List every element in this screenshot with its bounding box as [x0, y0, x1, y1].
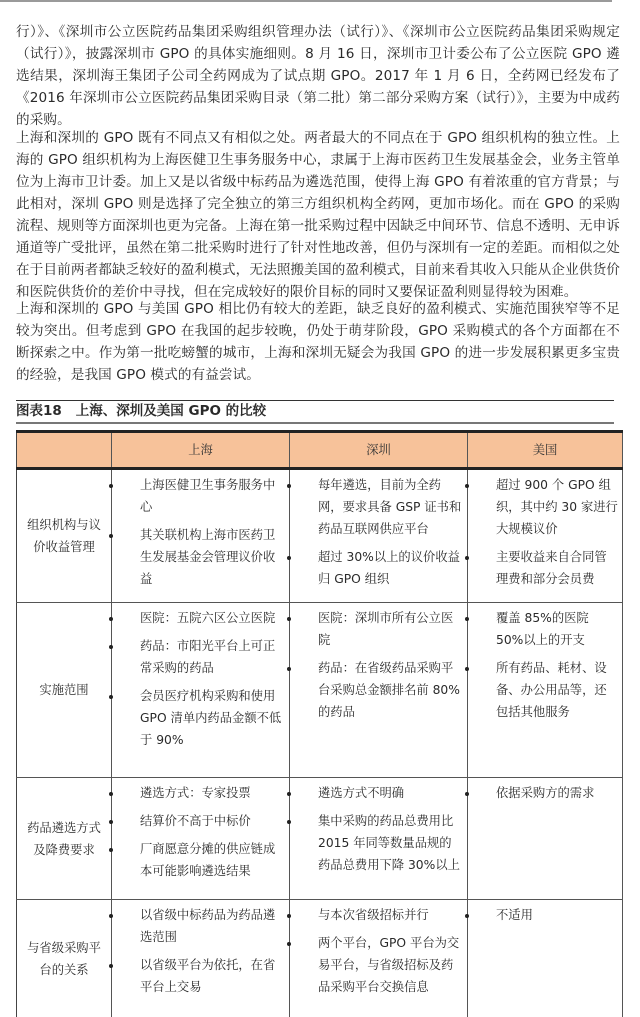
bullet-item: 上海医健卫生事务服务中心	[112, 474, 285, 518]
table-row: 药品遴选方式及降费要求 遴选方式：专家投票 结算价不高于中标价 厂商愿意分摊的供…	[17, 778, 623, 900]
row-label: 实施范围	[17, 603, 112, 778]
bullet-item: 覆盖 85%的医院 50%以上的开支	[468, 607, 618, 651]
bullet-item: 医院：深圳市所有公立医院	[290, 607, 463, 651]
table-header-row: 上海 深圳 美国	[17, 432, 623, 469]
bullet-item: 与本次省级招标并行	[290, 904, 463, 926]
body-paragraph-2: 上海和深圳的 GPO 既有不同点又有相似之处。两者最大的不同点在于 GPO 组织…	[16, 127, 620, 303]
bullet-item: 依据采购方的需求	[468, 782, 618, 804]
bullet-item: 厂商愿意分摊的供应链成本可能影响遴选结果	[112, 838, 285, 882]
body-paragraph-1: 行）》、《深圳市公立医院药品集团采购组织管理办法（试行）》、《深圳市公立医院药品…	[16, 21, 620, 131]
bullet-item: 其关联机构上海市医药卫生发展基金会管理议价收益	[112, 524, 285, 590]
bullet-item: 以省级平台为依托，在省平台上交易	[112, 954, 285, 998]
table-row: 组织机构与议价收益管理 上海医健卫生事务服务中心 其关联机构上海市医药卫生发展基…	[17, 469, 623, 603]
cell-usa: 依据采购方的需求	[468, 778, 623, 900]
bullet-item: 医院：五院六区公立医院	[112, 607, 285, 629]
cell-shanghai: 以省级中标药品为药品遴选范围 以省级平台为依托，在省平台上交易	[112, 900, 290, 1017]
table-row: 与省级采购平台的关系 以省级中标药品为药品遴选范围 以省级平台为依托，在省平台上…	[17, 900, 623, 1017]
figure-caption: 图表18上海、深圳及美国 GPO 的比较	[16, 400, 614, 424]
cell-shanghai: 医院：五院六区公立医院 药品：市阳光平台上可正常采购的药品 会员医疗机构采购和使…	[112, 603, 290, 778]
bullet-item: 超过 30%以上的议价收益归 GPO 组织	[290, 546, 463, 590]
bullet-item: 以省级中标药品为药品遴选范围	[112, 904, 285, 948]
figure-title: 上海、深圳及美国 GPO 的比较	[76, 403, 266, 419]
row-label: 药品遴选方式及降费要求	[17, 778, 112, 900]
cell-shanghai: 上海医健卫生事务服务中心 其关联机构上海市医药卫生发展基金会管理议价收益	[112, 469, 290, 603]
cell-shenzhen: 遴选方式不明确 集中采购的药品总费用比 2015 年同等数量品规的药品总费用下降…	[290, 778, 468, 900]
bullet-item: 不适用	[468, 904, 618, 926]
header-shenzhen: 深圳	[290, 432, 468, 469]
table-row: 实施范围 医院：五院六区公立医院 药品：市阳光平台上可正常采购的药品 会员医疗机…	[17, 603, 623, 778]
cell-shenzhen: 医院：深圳市所有公立医院 药品：在省级药品采购平台采购总金额排名前 80%的药品	[290, 603, 468, 778]
bullet-item: 所有药品、耗材、设备、办公用品等，还包括其他服务	[468, 657, 618, 723]
cell-usa: 覆盖 85%的医院 50%以上的开支 所有药品、耗材、设备、办公用品等，还包括其…	[468, 603, 623, 778]
row-label: 与省级采购平台的关系	[17, 900, 112, 1017]
bullet-item: 结算价不高于中标价	[112, 810, 285, 832]
header-usa: 美国	[468, 432, 623, 469]
bullet-item: 药品：市阳光平台上可正常采购的药品	[112, 635, 285, 679]
comparison-table: 上海 深圳 美国 组织机构与议价收益管理 上海医健卫生事务服务中心 其关联机构上…	[16, 430, 623, 1017]
cell-shanghai: 遴选方式：专家投票 结算价不高于中标价 厂商愿意分摊的供应链成本可能影响遴选结果	[112, 778, 290, 900]
bullet-item: 药品：在省级药品采购平台采购总金额排名前 80%的药品	[290, 657, 463, 723]
bullet-item: 遴选方式不明确	[290, 782, 463, 804]
cell-shenzhen: 每年遴选，目前为全药网，要求具备 GSP 证书和药品互联网供应平台 超过 30%…	[290, 469, 468, 603]
bullet-item: 超过 900 个 GPO 组织，其中约 30 家进行大规模议价	[468, 474, 618, 540]
bullet-item: 会员医疗机构采购和使用 GPO 清单内药品金额不低于 90%	[112, 685, 285, 751]
row-label: 组织机构与议价收益管理	[17, 469, 112, 603]
bullet-item: 主要收益来自合同管理费和部分会员费	[468, 546, 618, 590]
body-paragraph-3: 上海和深圳的 GPO 与美国 GPO 相比仍有较大的差距，缺乏良好的盈利模式、实…	[16, 298, 620, 386]
header-corner	[17, 432, 112, 469]
cell-shenzhen: 与本次省级招标并行 两个平台，GPO 平台为交易平台，与省级招标及药品采购平台交…	[290, 900, 468, 1017]
bullet-item: 两个平台，GPO 平台为交易平台，与省级招标及药品采购平台交换信息	[290, 932, 463, 998]
page-top-rule	[0, 0, 612, 2]
header-shanghai: 上海	[112, 432, 290, 469]
cell-usa: 不适用	[468, 900, 623, 1017]
bullet-item: 集中采购的药品总费用比 2015 年同等数量品规的药品总费用下降 30%以上	[290, 810, 463, 876]
bullet-item: 每年遴选，目前为全药网，要求具备 GSP 证书和药品互联网供应平台	[290, 474, 463, 540]
bullet-item: 遴选方式：专家投票	[112, 782, 285, 804]
cell-usa: 超过 900 个 GPO 组织，其中约 30 家进行大规模议价 主要收益来自合同…	[468, 469, 623, 603]
figure-number: 图表18	[16, 403, 62, 419]
